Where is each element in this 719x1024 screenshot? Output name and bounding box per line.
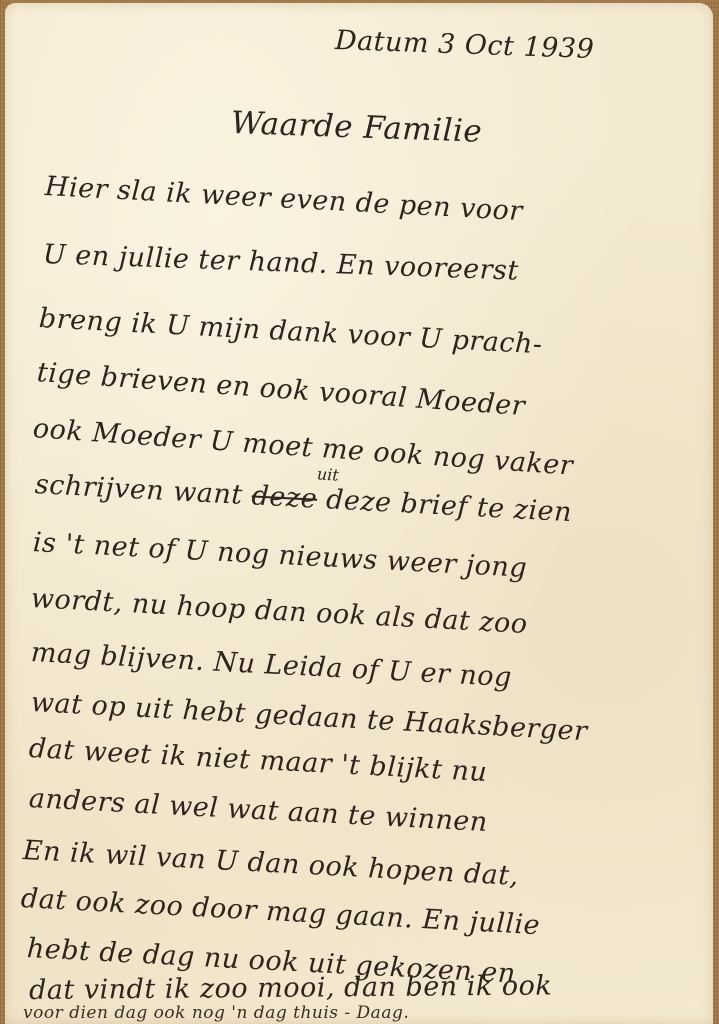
letter-line-14: dat ook zoo door mag gaan. En jullie — [20, 883, 541, 941]
letter-card: Datum 3 Oct 1939 Waarde Familie Hier sla… — [5, 3, 713, 1024]
letter-line-11: dat weet ik niet maar 't blijkt nu — [28, 733, 488, 788]
letter-line-16: dat vindt ik zoo mooi, dan ben ik ook — [29, 970, 552, 1006]
letter-line-6-after: deze brief te zien — [316, 484, 572, 528]
letter-line-9: mag blijven. Nu Leida of U er nog — [30, 637, 512, 693]
letter-salutation: Waarde Familie — [230, 105, 482, 150]
letter-line-2: U en jullie ter hand. En vooreerst — [42, 239, 519, 287]
letter-line-1: Hier sla ik weer even de pen voor — [44, 171, 523, 227]
letter-line-6-before: schrijven want — [34, 469, 252, 511]
letter-line-3: breng ik U mijn dank voor U prach- — [38, 303, 543, 360]
letter-line-13: En ik wil van U dan ook hopen dat, — [22, 835, 519, 892]
inserted-word: uit — [316, 464, 339, 484]
letter-line-8: wordt, nu hoop dan ook als dat zoo — [30, 583, 528, 640]
struck-word: deze — [251, 480, 318, 514]
letter-line-12: anders al wel wat aan te winnen — [28, 783, 488, 838]
letter-line-17: voor dien dag ook nog 'n dag thuis - Daa… — [23, 1003, 409, 1023]
letter-line-5: ook Moeder U moet me ook nog vaker — [32, 413, 574, 482]
letter-line-4: tige brieven en ook vooral Moeder — [36, 357, 526, 422]
letter-line-6: schrijven want deze deze brief te zien — [34, 469, 573, 528]
letter-date: Datum 3 Oct 1939 — [334, 25, 594, 65]
letter-line-7: is 't net of U nog nieuws weer jong — [32, 527, 528, 584]
